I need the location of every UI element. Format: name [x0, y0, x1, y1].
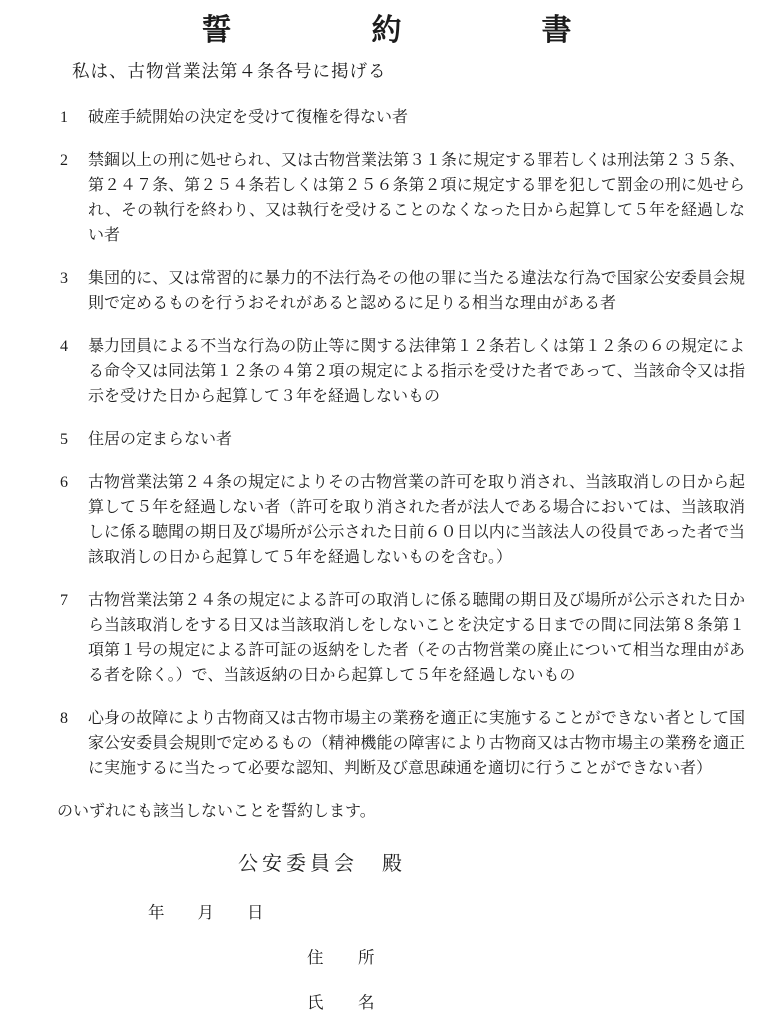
- address-label: 住 所: [307, 945, 773, 970]
- closing-text: のいずれにも該当しないことを誓約します。: [57, 799, 745, 824]
- name-label: 氏 名: [307, 990, 773, 1015]
- addressee-line: 公安委員会 殿: [238, 849, 773, 879]
- date-line: 年 月 日: [148, 900, 773, 925]
- item-number: 1: [60, 105, 88, 130]
- item-number: 3: [60, 266, 88, 291]
- pledge-item-8: 8心身の故障により古物商又は古物市場主の業務を適正に実施することができない者とし…: [60, 706, 745, 781]
- pledge-item-4: 4暴力団員による不当な行為の防止等に関する法律第１２条若しくは第１２条の６の規定…: [60, 334, 745, 409]
- pledge-item-7: 7古物営業法第２４条の規定による許可の取消しに係る聴聞の期日及び場所が公示された…: [60, 588, 745, 688]
- item-text: 古物営業法第２４条の規定による許可の取消しに係る聴聞の期日及び場所が公示された日…: [88, 592, 745, 684]
- item-number: 2: [60, 148, 88, 173]
- title-char: 書: [542, 12, 572, 50]
- item-text: 心身の故障により古物商又は古物市場主の業務を適正に実施することができない者として…: [88, 710, 745, 777]
- item-text: 禁錮以上の刑に処せられ、又は古物営業法第３１条に規定する罪若しくは刑法第２３５条…: [88, 152, 745, 244]
- item-text: 暴力団員による不当な行為の防止等に関する法律第１２条若しくは第１２条の６の規定に…: [88, 338, 745, 405]
- item-text: 住居の定まらない者: [88, 431, 232, 448]
- item-text: 集団的に、又は常習的に暴力的不法行為その他の罪に当たる違法な行為で国家公安委員会…: [88, 270, 745, 312]
- item-number: 5: [60, 427, 88, 452]
- item-number: 8: [60, 706, 88, 731]
- pledge-item-5: 5住居の定まらない者: [60, 427, 745, 452]
- item-number: 6: [60, 470, 88, 495]
- pledge-item-1: 1破産手続開始の決定を受けて復権を得ない者: [60, 105, 745, 130]
- pledge-item-3: 3集団的に、又は常習的に暴力的不法行為その他の罪に当たる違法な行為で国家公安委員…: [60, 266, 745, 316]
- item-text: 破産手続開始の決定を受けて復権を得ない者: [88, 109, 408, 126]
- intro-text: 私は、古物営業法第４条各号に掲げる: [72, 59, 745, 84]
- title-char: 誓: [202, 12, 232, 50]
- item-number: 4: [60, 334, 88, 359]
- item-text: 古物営業法第２４条の規定によりその古物営業の許可を取り消され、当該取消しの日から…: [88, 474, 745, 566]
- title-char: 約: [372, 12, 402, 50]
- pledge-item-6: 6古物営業法第２４条の規定によりその古物営業の許可を取り消され、当該取消しの日か…: [60, 470, 745, 570]
- pledge-document-page: 誓 約 書 私は、古物営業法第４条各号に掲げる 1破産手続開始の決定を受けて復権…: [0, 0, 773, 1024]
- item-number: 7: [60, 588, 88, 613]
- page-title: 誓 約 書: [0, 0, 773, 50]
- pledge-item-2: 2禁錮以上の刑に処せられ、又は古物営業法第３１条に規定する罪若しくは刑法第２３５…: [60, 148, 745, 248]
